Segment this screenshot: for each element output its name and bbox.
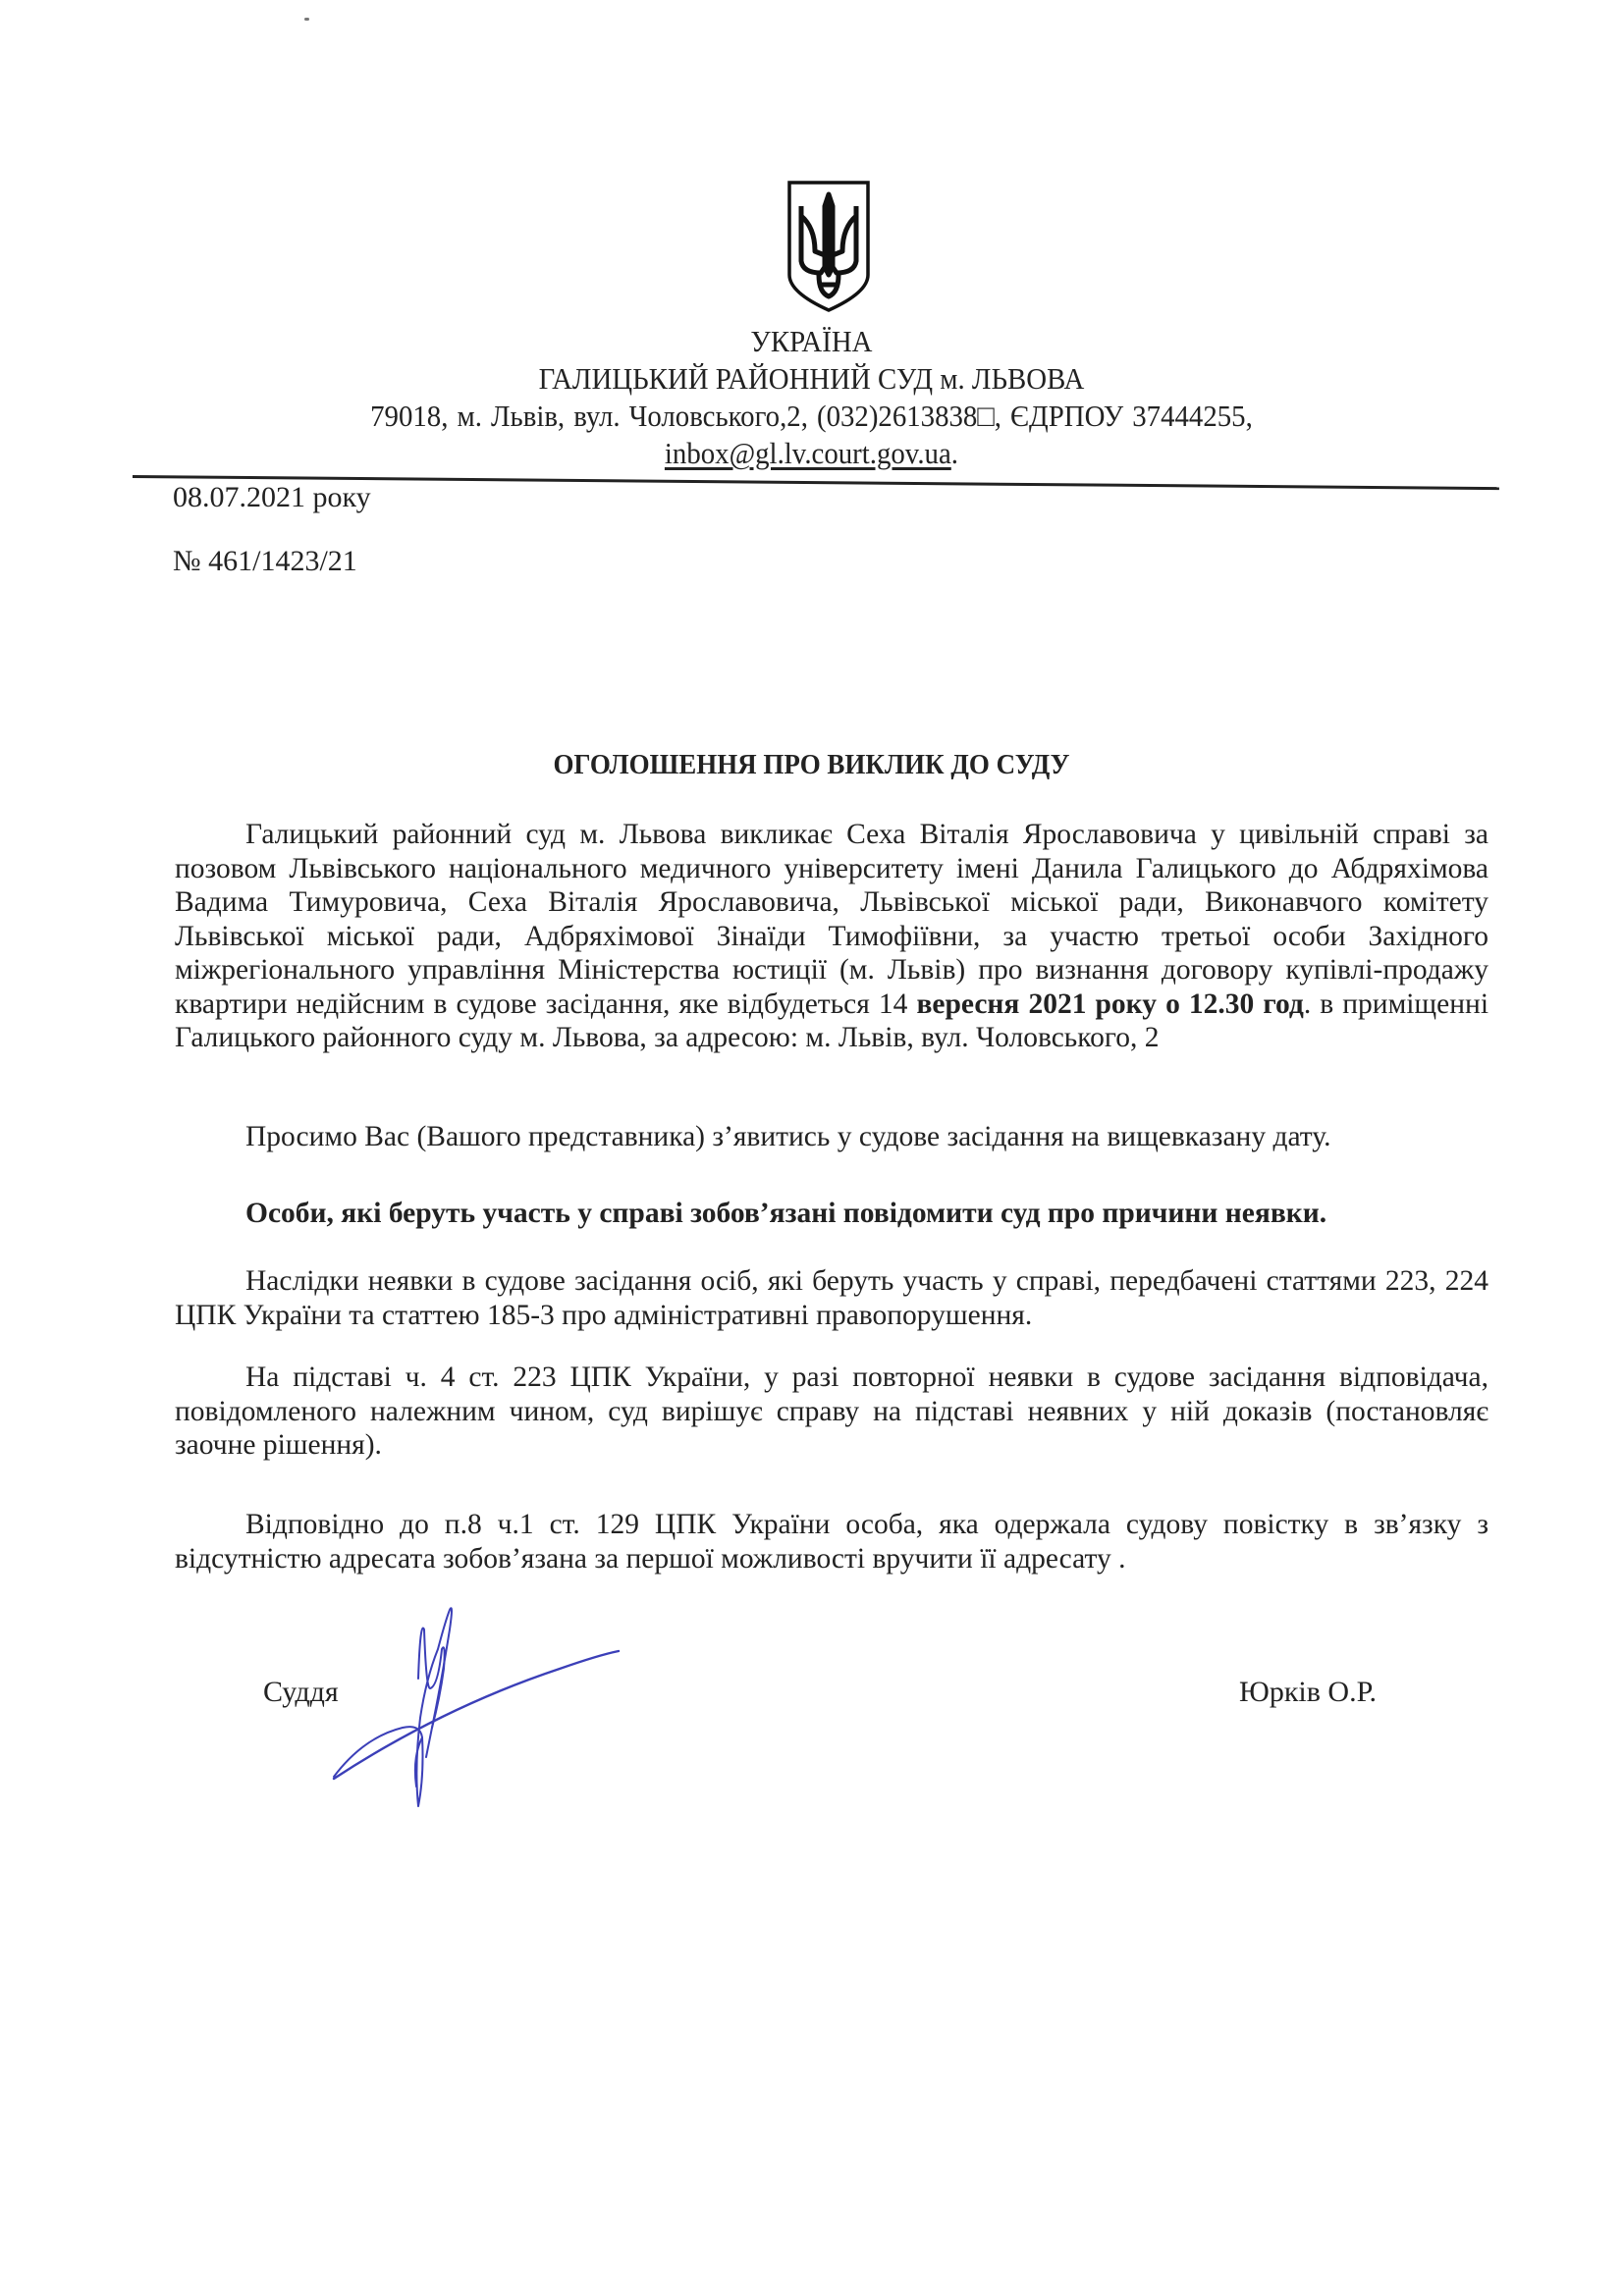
document-date: 08.07.2021 року — [173, 481, 371, 514]
country-name: УКРАЇНА — [57, 324, 1566, 359]
case-number: № 461/1423/21 — [173, 545, 357, 578]
consequences-paragraph: Наслідки неявки в судове засідання осіб,… — [175, 1264, 1488, 1332]
notify-obligation-paragraph: Особи, які беруть участь у справі зобов’… — [175, 1197, 1488, 1231]
email-suffix: . — [951, 436, 958, 470]
trident-coat-of-arms-icon — [782, 177, 876, 314]
default-judgment-text: На підставі ч. 4 ст. 223 ЦПК України, у … — [175, 1362, 1488, 1461]
document-page: УКРАЇНА ГАЛИЦЬКИЙ РАЙОННИЙ СУД м. ЛЬВОВА… — [0, 0, 1623, 2296]
delivery-obligation-paragraph: Відповідно до п.8 ч.1 ст. 129 ЦПК Україн… — [175, 1508, 1488, 1575]
handwritten-signature — [324, 1590, 638, 1816]
notify-obligation-text: Особи, які беруть участь у справі зобов’… — [245, 1198, 1326, 1229]
appearance-request-paragraph: Просимо Вас (Вашого представника) з’явит… — [175, 1120, 1488, 1154]
delivery-obligation-text: Відповідно до п.8 ч.1 ст. 129 ЦПК Україн… — [175, 1509, 1488, 1575]
document-title: ОГОЛОШЕННЯ ПРО ВИКЛИК ДО СУДУ — [57, 748, 1566, 781]
hearing-datetime: вересня 2021 року о 12.30 год — [916, 988, 1303, 1020]
consequences-text: Наслідки неявки в судове засідання осіб,… — [175, 1265, 1488, 1331]
scan-artifact — [304, 18, 309, 21]
court-name: ГАЛИЦЬКИЙ РАЙОННИЙ СУД м. ЛЬВОВА — [57, 361, 1566, 397]
court-address: 79018, м. Львів, вул. Чоловського,2, (03… — [57, 399, 1566, 434]
summons-paragraph: Галицький районний суд м. Львова виклика… — [175, 818, 1488, 1055]
court-email-link[interactable]: inbox@gl.lv.court.gov.ua — [665, 436, 951, 470]
appearance-request-text: Просимо Вас (Вашого представника) з’явит… — [245, 1121, 1330, 1152]
judge-name: Юрків О.Р. — [1239, 1676, 1377, 1709]
court-email-line: inbox@gl.lv.court.gov.ua. — [57, 436, 1566, 471]
default-judgment-paragraph: На підставі ч. 4 ст. 223 ЦПК України, у … — [175, 1361, 1488, 1463]
